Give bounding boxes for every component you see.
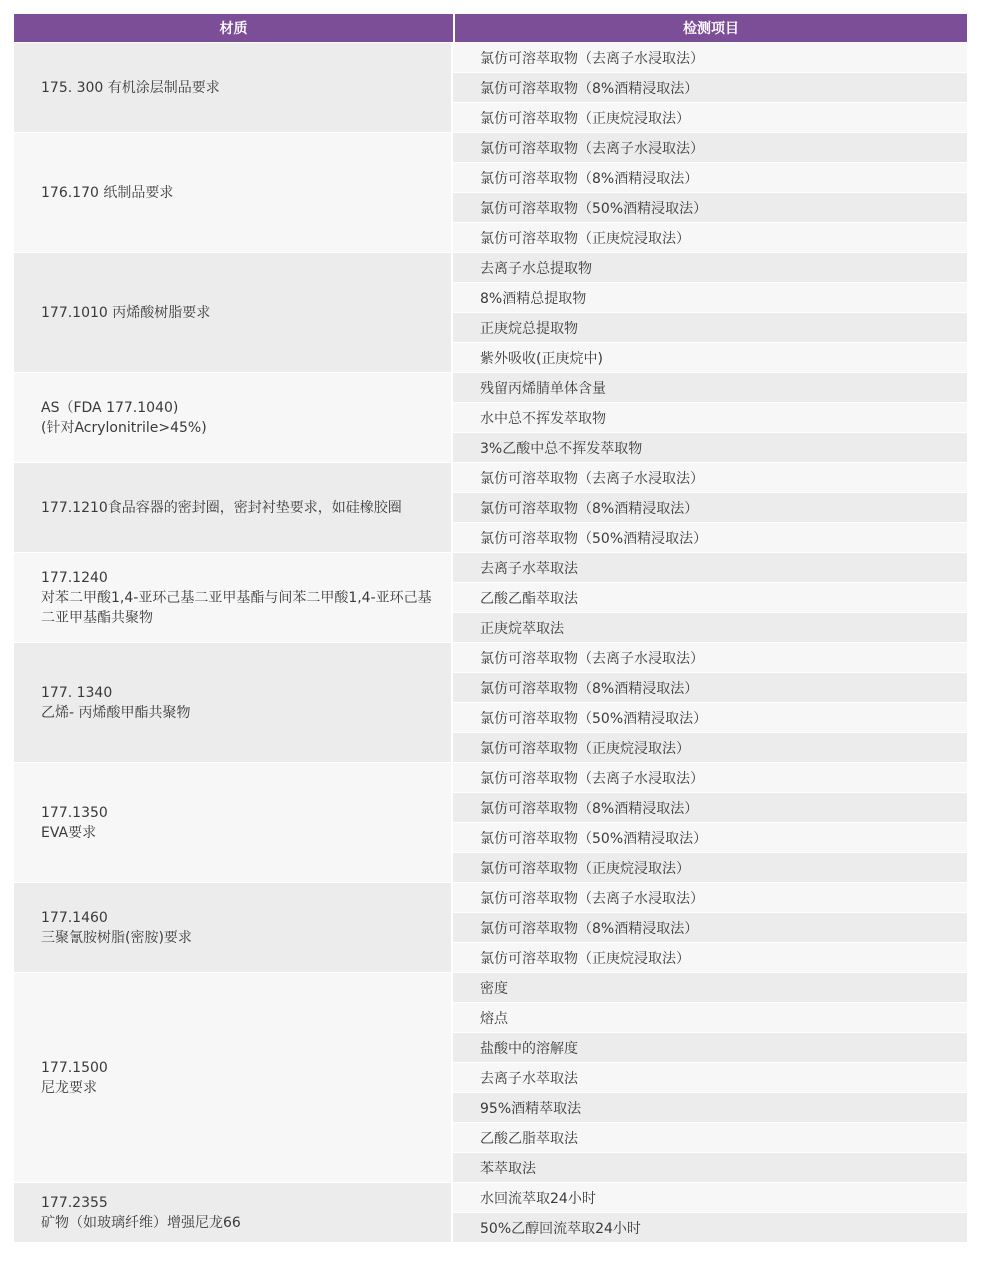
test-item: 紫外吸收(正庚烷中) <box>453 343 967 372</box>
material-cell: 177. 1340 乙烯- 丙烯酸甲酯共聚物 <box>14 643 453 762</box>
test-item: 氯仿可溶萃取物（8%酒精浸取法） <box>453 673 967 703</box>
material-cell: 175. 300 有机涂层制品要求 <box>14 43 453 132</box>
table-body: 175. 300 有机涂层制品要求氯仿可溶萃取物（去离子水浸取法）氯仿可溶萃取物… <box>14 43 967 1243</box>
test-item: 正庚烷总提取物 <box>453 313 967 343</box>
material-group: 177.1500 尼龙要求密度熔点盐酸中的溶解度去离子水萃取法95%酒精萃取法乙… <box>14 973 967 1183</box>
test-items: 氯仿可溶萃取物（去离子水浸取法）氯仿可溶萃取物（8%酒精浸取法）氯仿可溶萃取物（… <box>453 133 967 252</box>
material-cell: 177.1240 对苯二甲酸1,4-亚环己基二亚甲基酯与间苯二甲酸1,4-亚环己… <box>14 553 453 642</box>
test-item: 熔点 <box>453 1003 967 1033</box>
test-items: 氯仿可溶萃取物（去离子水浸取法）氯仿可溶萃取物（8%酒精浸取法）氯仿可溶萃取物（… <box>453 43 967 132</box>
fda-test-table: 材质 检测项目 175. 300 有机涂层制品要求氯仿可溶萃取物（去离子水浸取法… <box>14 14 967 1243</box>
test-items: 氯仿可溶萃取物（去离子水浸取法）氯仿可溶萃取物（8%酒精浸取法）氯仿可溶萃取物（… <box>453 643 967 762</box>
test-item: 乙酸乙酯萃取法 <box>453 583 967 613</box>
test-item: 盐酸中的溶解度 <box>453 1033 967 1063</box>
test-item: 去离子水萃取法 <box>453 1063 967 1093</box>
test-item: 密度 <box>453 973 967 1003</box>
header-tests: 检测项目 <box>455 14 967 42</box>
material-group: 177.2355 矿物（如玻璃纤维）增强尼龙66水回流萃取24小时50%乙醇回流… <box>14 1183 967 1243</box>
test-items: 水回流萃取24小时50%乙醇回流萃取24小时 <box>453 1183 967 1242</box>
test-item: 50%乙醇回流萃取24小时 <box>453 1213 967 1242</box>
test-item: 氯仿可溶萃取物（50%酒精浸取法） <box>453 523 967 552</box>
test-item: 正庚烷萃取法 <box>453 613 967 642</box>
material-cell: 177.1460 三聚氰胺树脂(密胺)要求 <box>14 883 453 972</box>
test-item: 氯仿可溶萃取物（8%酒精浸取法） <box>453 913 967 943</box>
test-item: 氯仿可溶萃取物（8%酒精浸取法） <box>453 793 967 823</box>
test-item: 氯仿可溶萃取物（正庚烷浸取法） <box>453 853 967 882</box>
material-group: 175. 300 有机涂层制品要求氯仿可溶萃取物（去离子水浸取法）氯仿可溶萃取物… <box>14 43 967 133</box>
material-group: 177.1350 EVA要求氯仿可溶萃取物（去离子水浸取法）氯仿可溶萃取物（8%… <box>14 763 967 883</box>
test-item: 氯仿可溶萃取物（正庚烷浸取法） <box>453 103 967 132</box>
test-item: 去离子水总提取物 <box>453 253 967 283</box>
test-item: 氯仿可溶萃取物（8%酒精浸取法） <box>453 493 967 523</box>
test-item: 氯仿可溶萃取物（50%酒精浸取法） <box>453 193 967 223</box>
header-material: 材质 <box>14 14 455 42</box>
table-header: 材质 检测项目 <box>14 14 967 43</box>
test-item: 氯仿可溶萃取物（正庚烷浸取法） <box>453 943 967 972</box>
material-cell: 177.2355 矿物（如玻璃纤维）增强尼龙66 <box>14 1183 453 1242</box>
test-item: 水回流萃取24小时 <box>453 1183 967 1213</box>
test-items: 去离子水萃取法乙酸乙酯萃取法正庚烷萃取法 <box>453 553 967 642</box>
material-group: 177.1010 丙烯酸树脂要求去离子水总提取物8%酒精总提取物正庚烷总提取物紫… <box>14 253 967 373</box>
material-cell: AS（FDA 177.1040) (针对Acrylonitrile>45%) <box>14 373 453 462</box>
test-items: 去离子水总提取物8%酒精总提取物正庚烷总提取物紫外吸收(正庚烷中) <box>453 253 967 372</box>
test-items: 氯仿可溶萃取物（去离子水浸取法）氯仿可溶萃取物（8%酒精浸取法）氯仿可溶萃取物（… <box>453 883 967 972</box>
test-item: 残留丙烯腈单体含量 <box>453 373 967 403</box>
material-group: 177.1210食品容器的密封圈，密封衬垫要求，如硅橡胶圈氯仿可溶萃取物（去离子… <box>14 463 967 553</box>
material-group: 177. 1340 乙烯- 丙烯酸甲酯共聚物氯仿可溶萃取物（去离子水浸取法）氯仿… <box>14 643 967 763</box>
test-item: 氯仿可溶萃取物（去离子水浸取法） <box>453 133 967 163</box>
test-item: 氯仿可溶萃取物（50%酒精浸取法） <box>453 823 967 853</box>
test-items: 残留丙烯腈单体含量水中总不挥发萃取物3%乙酸中总不挥发萃取物 <box>453 373 967 462</box>
test-item: 去离子水萃取法 <box>453 553 967 583</box>
test-items: 密度熔点盐酸中的溶解度去离子水萃取法95%酒精萃取法乙酸乙脂萃取法苯萃取法 <box>453 973 967 1182</box>
test-item: 氯仿可溶萃取物（去离子水浸取法） <box>453 643 967 673</box>
test-item: 苯萃取法 <box>453 1153 967 1182</box>
test-item: 乙酸乙脂萃取法 <box>453 1123 967 1153</box>
test-item: 氯仿可溶萃取物（8%酒精浸取法） <box>453 163 967 193</box>
test-item: 氯仿可溶萃取物（正庚烷浸取法） <box>453 223 967 252</box>
test-item: 氯仿可溶萃取物（8%酒精浸取法） <box>453 73 967 103</box>
material-cell: 177.1500 尼龙要求 <box>14 973 453 1182</box>
material-group: AS（FDA 177.1040) (针对Acrylonitrile>45%)残留… <box>14 373 967 463</box>
material-cell: 177.1010 丙烯酸树脂要求 <box>14 253 453 372</box>
test-item: 8%酒精总提取物 <box>453 283 967 313</box>
material-cell: 177.1350 EVA要求 <box>14 763 453 882</box>
material-cell: 176.170 纸制品要求 <box>14 133 453 252</box>
test-item: 3%乙酸中总不挥发萃取物 <box>453 433 967 462</box>
test-items: 氯仿可溶萃取物（去离子水浸取法）氯仿可溶萃取物（8%酒精浸取法）氯仿可溶萃取物（… <box>453 463 967 552</box>
test-item: 水中总不挥发萃取物 <box>453 403 967 433</box>
material-group: 176.170 纸制品要求氯仿可溶萃取物（去离子水浸取法）氯仿可溶萃取物（8%酒… <box>14 133 967 253</box>
test-item: 氯仿可溶萃取物（去离子水浸取法） <box>453 883 967 913</box>
material-group: 177.1460 三聚氰胺树脂(密胺)要求氯仿可溶萃取物（去离子水浸取法）氯仿可… <box>14 883 967 973</box>
test-items: 氯仿可溶萃取物（去离子水浸取法）氯仿可溶萃取物（8%酒精浸取法）氯仿可溶萃取物（… <box>453 763 967 882</box>
material-cell: 177.1210食品容器的密封圈，密封衬垫要求，如硅橡胶圈 <box>14 463 453 552</box>
test-item: 氯仿可溶萃取物（去离子水浸取法） <box>453 43 967 73</box>
test-item: 95%酒精萃取法 <box>453 1093 967 1123</box>
material-group: 177.1240 对苯二甲酸1,4-亚环己基二亚甲基酯与间苯二甲酸1,4-亚环己… <box>14 553 967 643</box>
test-item: 氯仿可溶萃取物（50%酒精浸取法） <box>453 703 967 733</box>
test-item: 氯仿可溶萃取物（去离子水浸取法） <box>453 763 967 793</box>
test-item: 氯仿可溶萃取物（去离子水浸取法） <box>453 463 967 493</box>
test-item: 氯仿可溶萃取物（正庚烷浸取法） <box>453 733 967 762</box>
